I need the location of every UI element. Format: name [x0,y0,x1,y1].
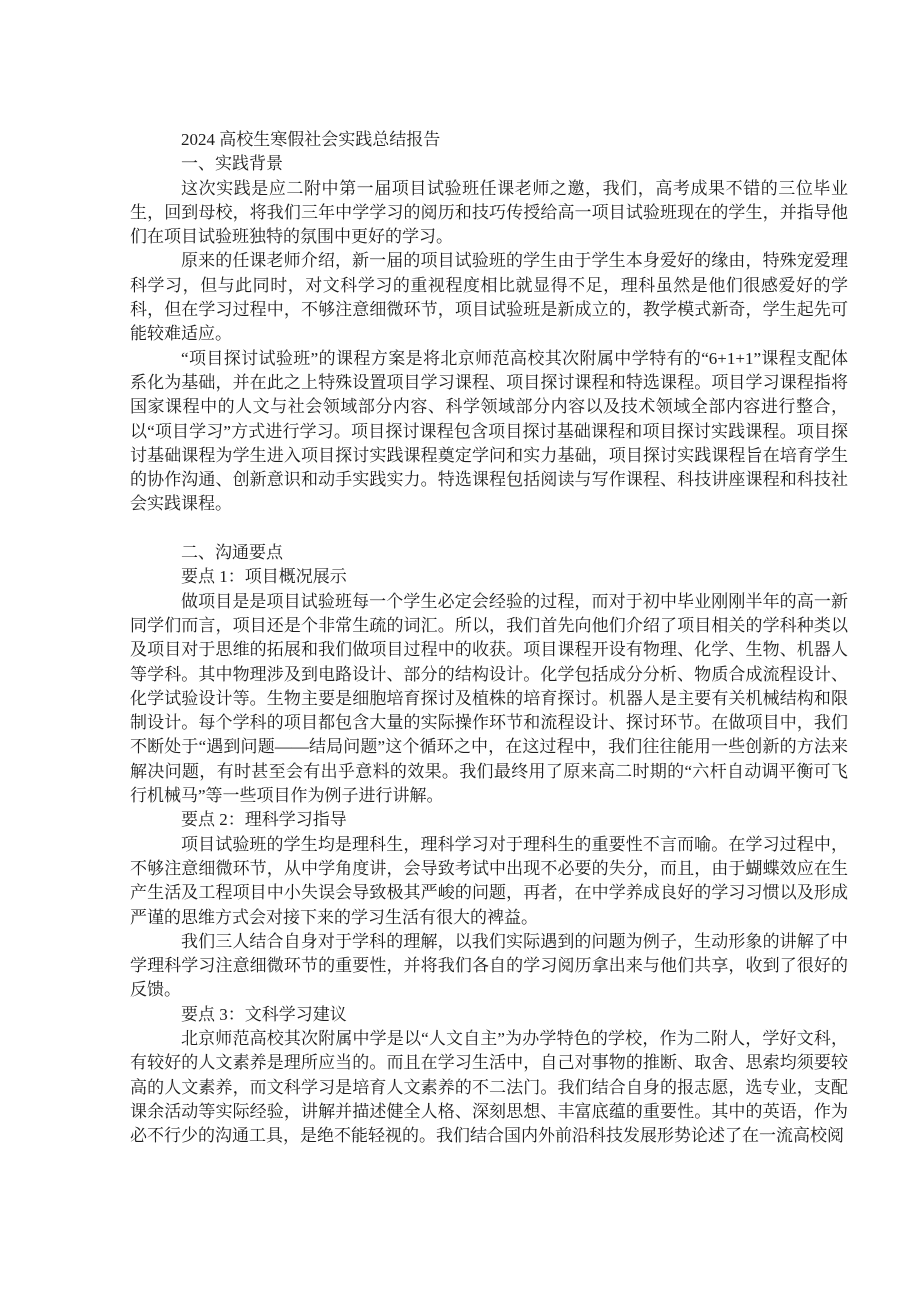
blank-line [130,517,848,541]
paragraph-point-1: 做项目是是项目试验班每一个学生必定会经验的过程，而对于初中毕业刚刚半年的高一新同… [130,590,848,809]
paragraph-point-2a: 项目试验班的学生均是理科生，理科学习对于理科生的重要性不言而喻。在学习过程中，不… [130,833,848,930]
section-heading-2: 二、沟通要点 [130,541,848,565]
document-page: 2024 高校生寒假社会实践总结报告 一、实践背景 这次实践是应二附中第一届项目… [0,0,920,1301]
paragraph-background-1: 这次实践是应二附中第一届项目试验班任课老师之邀，我们，高考成果不错的三位毕业生，… [130,177,848,250]
section-heading-1: 一、实践背景 [130,152,848,176]
paragraph-background-3: “项目探讨试验班”的课程方案是将北京师范高校其次附属中学特有的“6+1+1”课程… [130,347,848,517]
point-heading-3: 要点 3：文科学习建议 [130,1003,848,1027]
document-title: 2024 高校生寒假社会实践总结报告 [130,128,848,152]
paragraph-point-2b: 我们三人结合自身对于学科的理解，以我们实际遇到的问题为例子，生动形象的讲解了中学… [130,930,848,1003]
document-body: 2024 高校生寒假社会实践总结报告 一、实践背景 这次实践是应二附中第一届项目… [130,128,848,1148]
point-heading-2: 要点 2：理科学习指导 [130,808,848,832]
paragraph-background-2: 原来的任课老师介绍，新一届的项目试验班的学生由于学生本身爱好的缘由，特殊宠爱理科… [130,249,848,346]
point-heading-1: 要点 1：项目概况展示 [130,565,848,589]
paragraph-point-3: 北京师范高校其次附属中学是以“人文自主”为办学特色的学校，作为二附人，学好文科，… [130,1027,848,1148]
